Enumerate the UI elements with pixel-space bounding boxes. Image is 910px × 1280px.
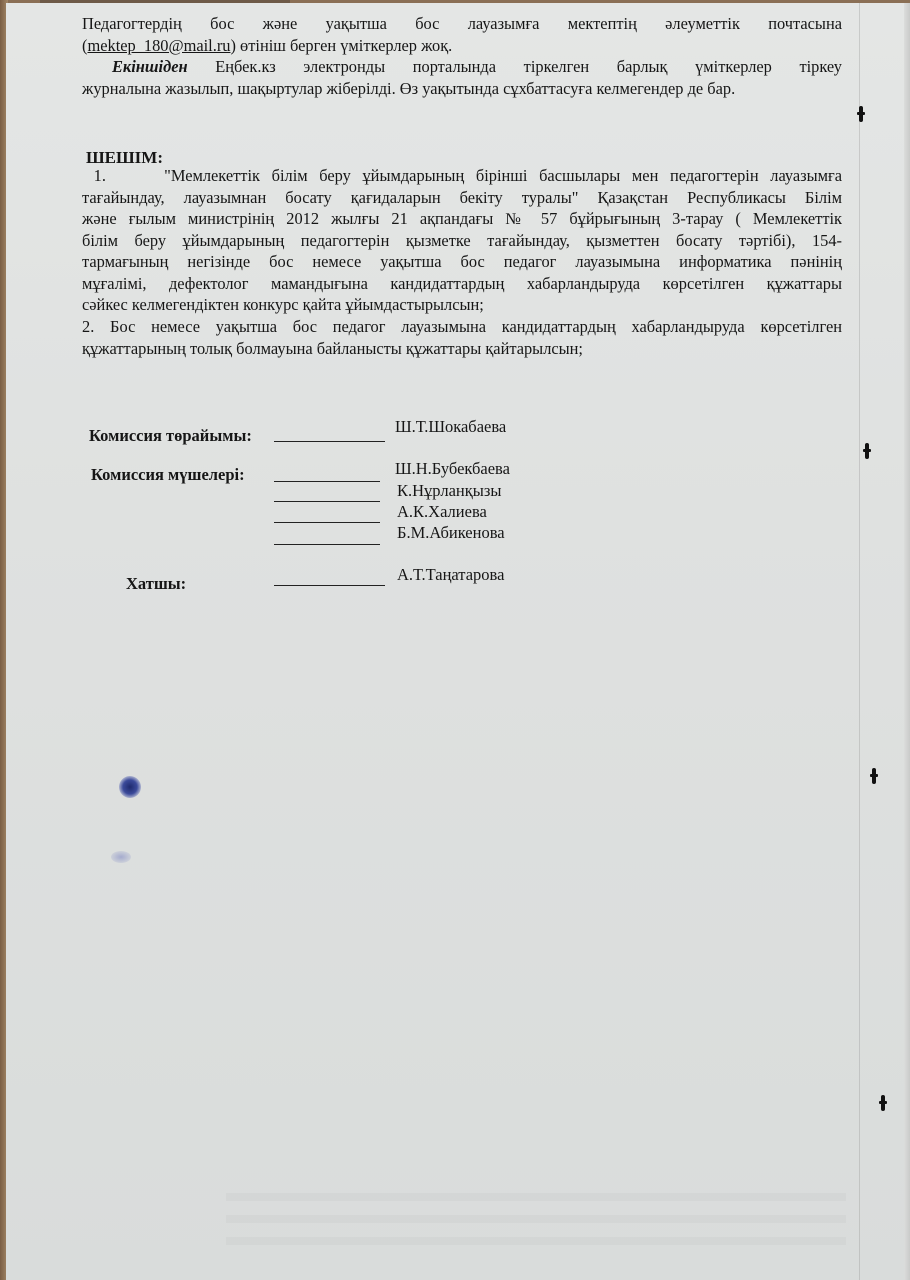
item1-line: білім беру ұйымдарының педагогтерін қызм…: [82, 230, 842, 252]
secretary-name: А.Т.Таңатарова: [397, 565, 504, 585]
binder-mark: [872, 768, 876, 784]
decision-item-1: 1. "Мемлекеттік білім беру ұйымдарының б…: [82, 165, 842, 316]
chair-name: Ш.Т.Шокабаева: [395, 417, 506, 437]
intro-line-2: (mektep_180@mail.ru) өтініш берген үмітк…: [82, 35, 842, 57]
ink-blot: [119, 776, 141, 798]
ink-blot-faint: [111, 851, 131, 863]
second-paragraph: Екіншіден Еңбек.кз электронды порталында…: [82, 56, 842, 99]
binder-mark: [865, 443, 869, 459]
secretary-label: Хатшы:: [126, 574, 186, 594]
page-edge: [904, 3, 910, 1280]
second-line-2: журналына жазылып, шақыртулар жіберілді.…: [82, 78, 842, 100]
second-lead: Екіншіден: [112, 57, 188, 76]
intro-paragraph: Педагогтердің бос және уақытша бос лауаз…: [82, 13, 842, 56]
intro-line-2-text: ) өтініш берген үміткерлер жоқ.: [230, 36, 452, 55]
item1-line: тармағының негізінде бос немесе уақытша …: [82, 251, 842, 273]
chair-label: Комиссия төрайымы:: [89, 426, 252, 446]
bleed-through: [226, 1215, 846, 1223]
intro-line-1: Педагогтердің бос және уақытша бос лауаз…: [82, 13, 842, 35]
member-name: Ш.Н.Бубекбаева: [395, 459, 510, 479]
member-signature-line: [274, 522, 380, 523]
item1-line: және ғылым министрінің 2012 жылғы 21 ақп…: [82, 208, 842, 230]
item2-line: 2. Бос немесе уақытша бос педагог лауазы…: [82, 316, 842, 338]
second-line-1: Екіншіден Еңбек.кз электронды порталында…: [82, 56, 842, 78]
document-page: Педагогтердің бос және уақытша бос лауаз…: [6, 3, 910, 1280]
chair-signature-line: [274, 441, 385, 442]
member-name: А.К.Халиева: [397, 502, 487, 522]
item1-line: 1. "Мемлекеттік білім беру ұйымдарының б…: [82, 165, 842, 187]
decision-item-2: 2. Бос немесе уақытша бос педагог лауазы…: [82, 316, 842, 359]
fold-line: [859, 3, 860, 1280]
binder-mark: [859, 106, 863, 122]
item1-line: сәйкес келмегендіктен конкурс қайта ұйым…: [82, 294, 842, 316]
second-line-1-text: Еңбек.кз электронды порталында тіркелген…: [188, 57, 842, 76]
member-signature-line: [274, 481, 380, 482]
bleed-through: [226, 1237, 846, 1245]
members-label: Комиссия мүшелері:: [91, 465, 245, 485]
member-signature-line: [274, 544, 380, 545]
item2-line: құжаттарының толық болмауына байланысты …: [82, 338, 842, 360]
email-link[interactable]: mektep_180@mail.ru: [87, 36, 230, 55]
item1-line: тағайындау, лауазымнан босату қағидалары…: [82, 187, 842, 209]
member-name: К.Нұрланқызы: [397, 481, 501, 501]
member-name: Б.М.Абикенова: [397, 523, 505, 543]
binder-mark: [881, 1095, 885, 1111]
member-signature-line: [274, 501, 380, 502]
bleed-through: [226, 1193, 846, 1201]
item1-line: мұғалімі, дефектолог мамандығына кандида…: [82, 273, 842, 295]
